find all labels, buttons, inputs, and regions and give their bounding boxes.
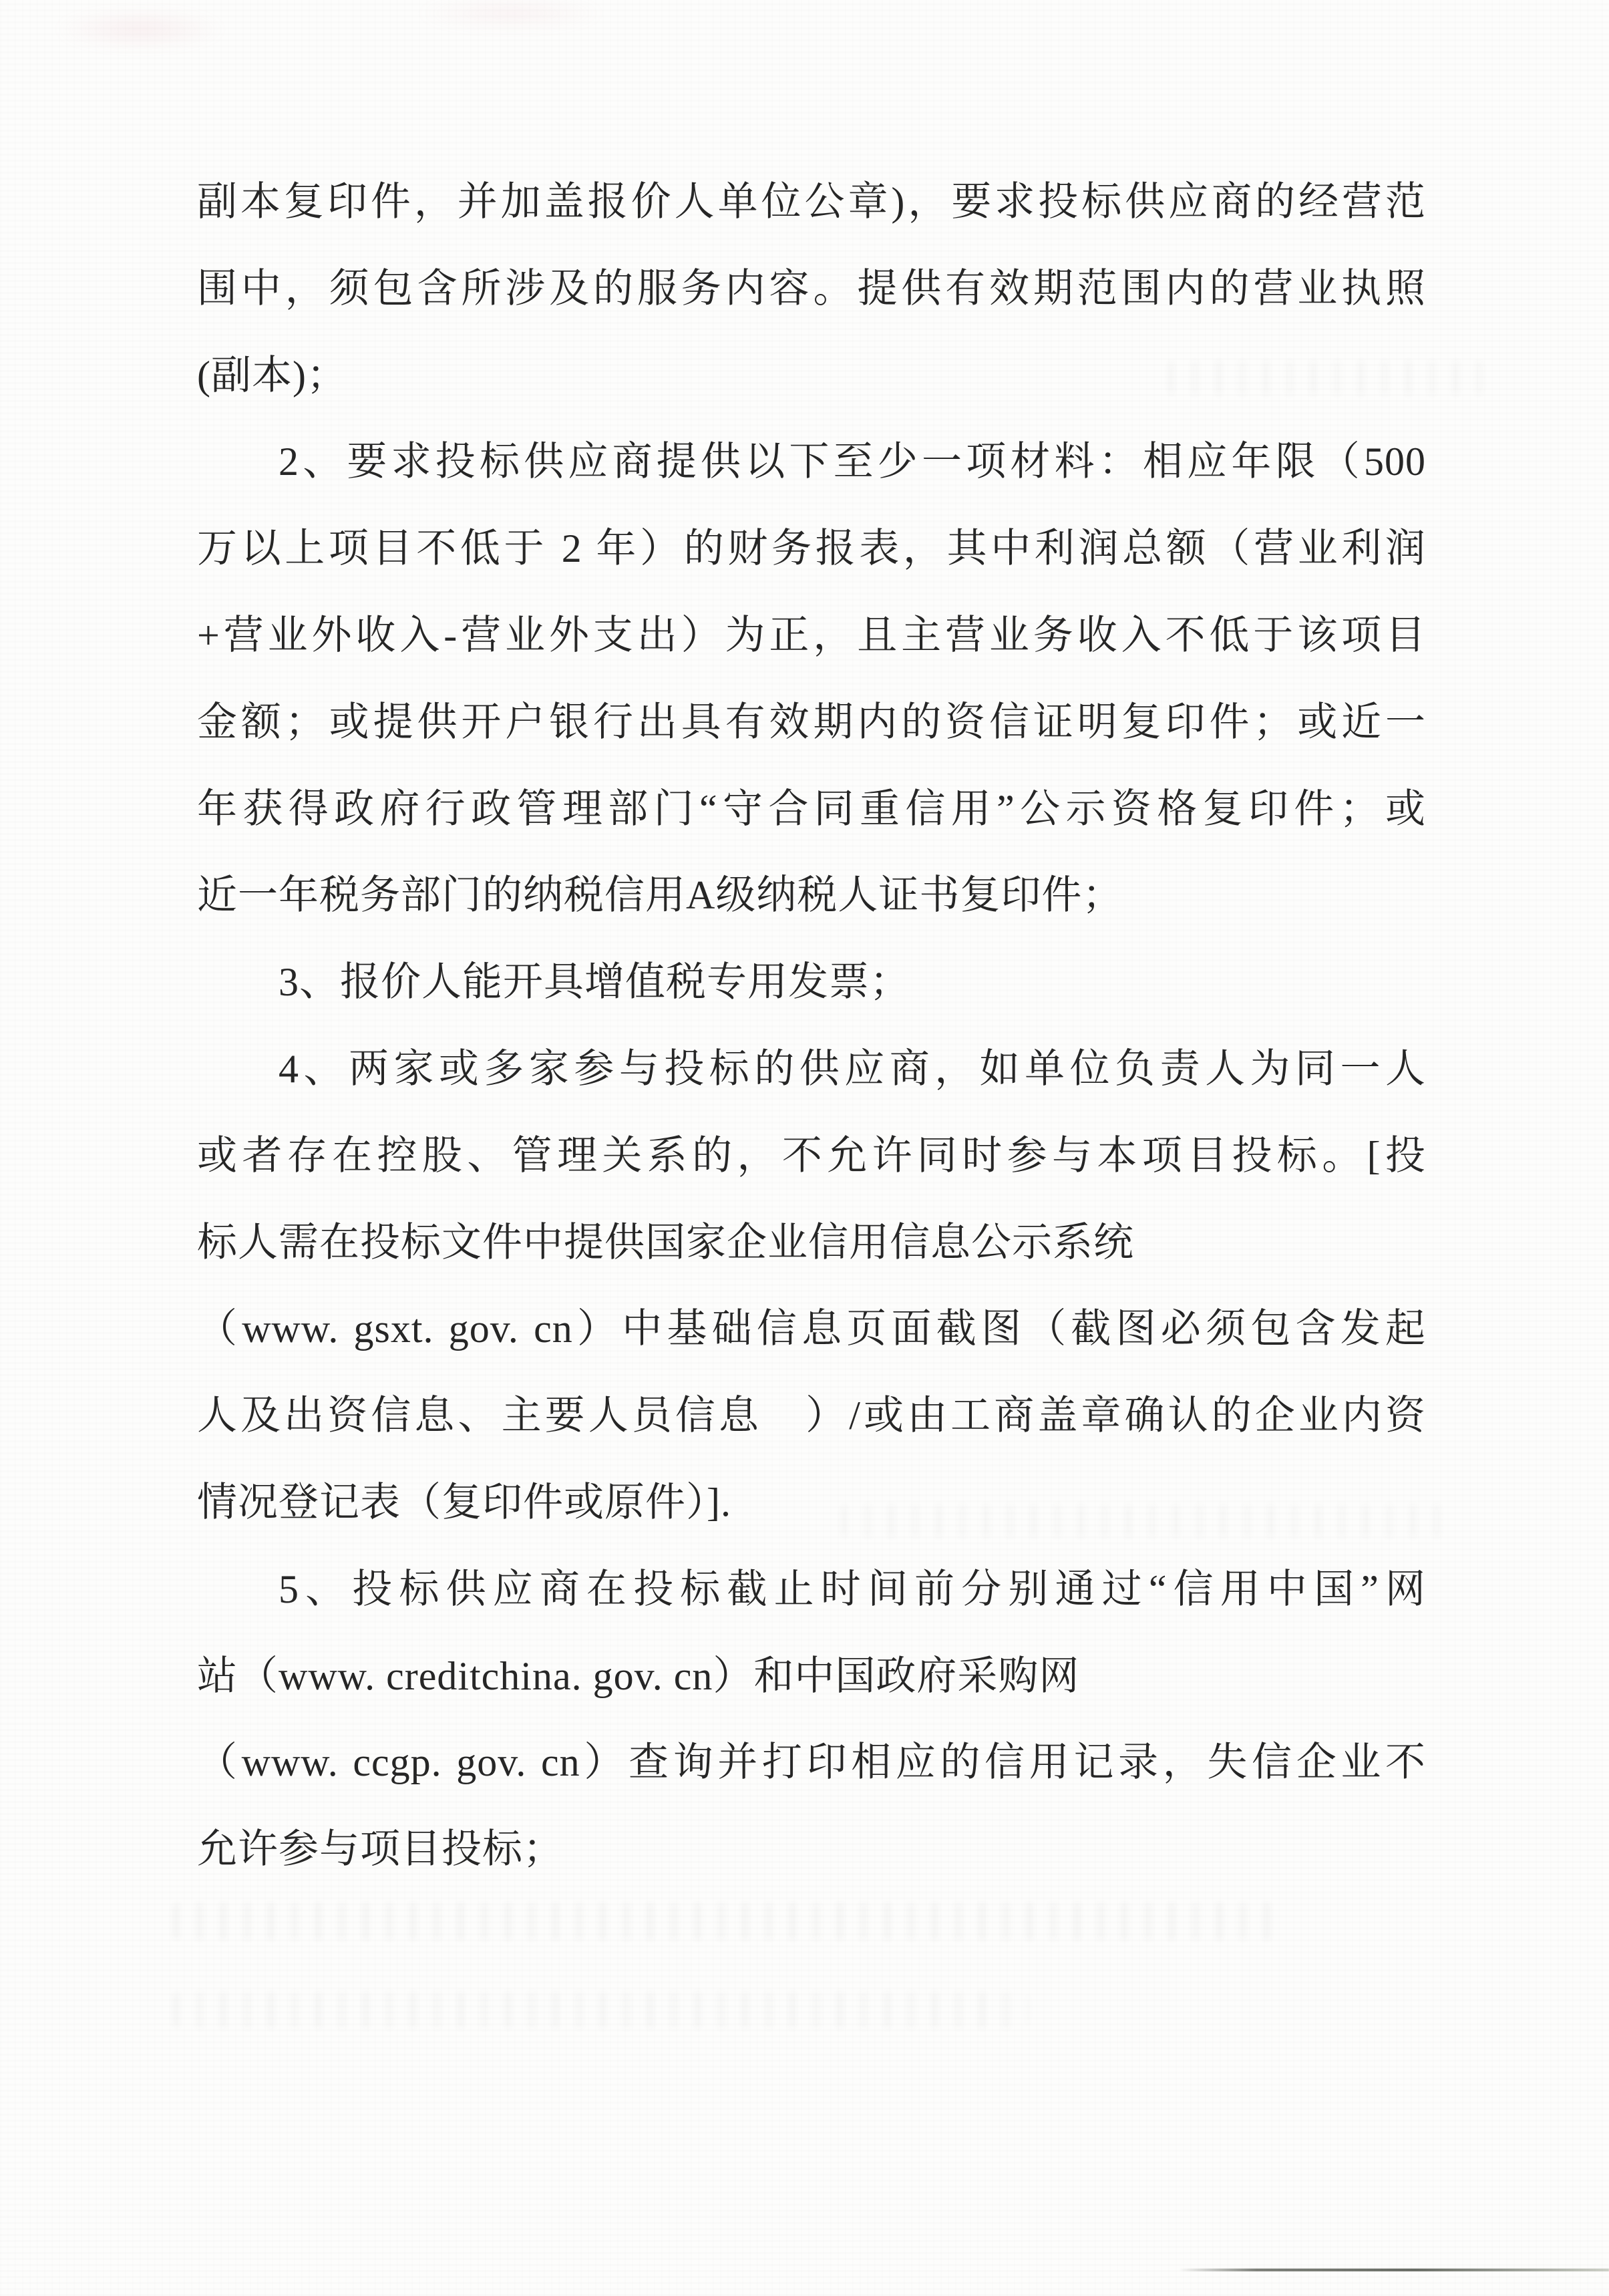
scan-bleedthrough-lower-1: [174, 1903, 1276, 1940]
text-line-17: 5、投标供应商在投标截止时间前分别通过“信用中国”网: [197, 1546, 1426, 1633]
text-line-19: （www. ccgp. gov. cn）查询并打印相应的信用记录，失信企业不: [197, 1719, 1426, 1806]
text-line-3: (副本)；: [197, 333, 1426, 420]
scan-smudge-top-center: [414, 0, 608, 31]
text-line-6: +营业外收入-营业外支出）为正，且主营业务收入不低于该项目: [197, 593, 1426, 679]
scan-bleedthrough-lower-2: [174, 1992, 1029, 2028]
scan-line-bottom-right: [1179, 2269, 1609, 2271]
text-line-12: 或者存在控股、管理关系的，不允许同时参与本项目投标。[投: [197, 1113, 1426, 1200]
text-line-20: 允许参与项目投标；: [197, 1806, 1426, 1893]
text-line-14: （www. gsxt. gov. cn）中基础信息页面截图（截图必须包含发起: [197, 1286, 1426, 1373]
text-line-13: 标人需在投标文件中提供国家企业信用信息公示系统: [197, 1200, 1426, 1287]
text-line-5: 万以上项目不低于 2 年）的财务报表，其中利润总额（营业利润: [197, 506, 1426, 593]
text-line-8: 年获得政府行政管理部门“守合同重信用”公示资格复印件；或: [197, 766, 1426, 853]
text-line-15: 人及出资信息、主要人员信息 ）/或由工商盖章确认的企业内资: [197, 1373, 1426, 1460]
text-line-16: 情况登记表（复印件或原件）].: [197, 1460, 1426, 1546]
text-line-2: 围中，须包含所涉及的服务内容。提供有效期范围内的营业执照: [197, 246, 1426, 333]
scan-smudge-top-left: [53, 9, 227, 49]
text-line-10: 3、报价人能开具增值税专用发票；: [197, 939, 1426, 1026]
text-line-9: 近一年税务部门的纳税信用A级纳税人证书复印件；: [197, 852, 1426, 939]
text-line-7: 金额；或提供开户银行出具有效期内的资信证明复印件；或近一: [197, 679, 1426, 766]
text-line-18: 站（www. creditchina. gov. cn）和中国政府采购网: [197, 1633, 1426, 1720]
text-line-1: 副本复印件，并加盖报价人单位公章)，要求投标供应商的经营范: [197, 159, 1426, 246]
text-line-11: 4、两家或多家参与投标的供应商，如单位负责人为同一人: [197, 1026, 1426, 1113]
document-body: 副本复印件，并加盖报价人单位公章)，要求投标供应商的经营范 围中，须包含所涉及的…: [197, 159, 1426, 1893]
document-page: 副本复印件，并加盖报价人单位公章)，要求投标供应商的经营范 围中，须包含所涉及的…: [0, 0, 1609, 2296]
text-line-4: 2、要求投标供应商提供以下至少一项材料：相应年限（500: [197, 419, 1426, 506]
